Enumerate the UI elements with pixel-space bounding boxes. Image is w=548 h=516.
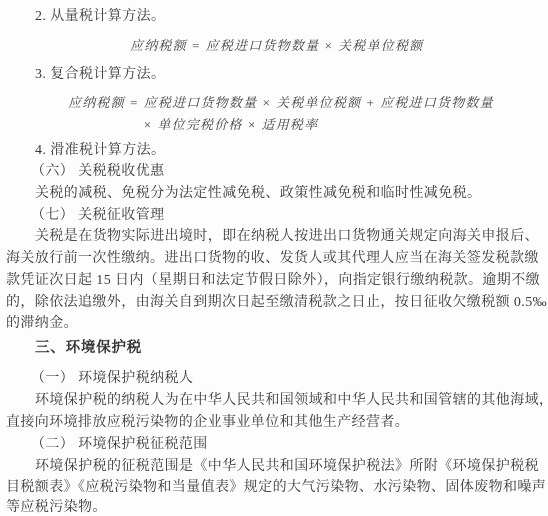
- paragraph-taxpayer-line-1: 环境保护税的纳税人为在中华人民共和国领域和中华人民共和国管辖的其他海域，: [35, 393, 548, 409]
- paragraph-collection-line-5: 的滞纳金。: [6, 316, 78, 332]
- document-page: 2. 从量税计算方法。 应纳税额 = 应税进口货物数量 × 关税单位税额 3. …: [0, 0, 548, 516]
- paragraph-scope-line-1: 环境保护税的征税范围是《中华人民共和国环境保护税法》所附《环境保护税税: [35, 459, 539, 475]
- subheading-administration: （七） 关税征收管理: [31, 208, 165, 224]
- paragraph-collection-line-4: 的，除依法追缴外，由海关自到期次日起至缴清税款之日止，按日征收欠缴税额 0.5‰: [6, 295, 547, 311]
- subheading-env-scope: （二） 环境保护税征税范围: [31, 437, 208, 453]
- list-item-sliding-duty: 4. 滑准税计算方法。: [35, 143, 165, 159]
- paragraph-collection-line-3: 款凭证次日起 15 日内（星期日和法定节假日除外），向指定银行缴纳税款。逾期不缴: [6, 273, 540, 289]
- paragraph-collection-line-2: 海关放行前一次性缴纳。进出口货物的收、发货人或其代理人应当在海关签发税款缴: [6, 251, 539, 267]
- paragraph-scope-line-3: 等应税污染物。: [6, 500, 107, 516]
- subheading-env-taxpayer: （一） 环境保护税纳税人: [31, 371, 193, 387]
- paragraph-tax-reduction: 关税的减税、免税分为法定性减免税、政策性减免税和临时性减免税。: [35, 186, 481, 202]
- formula-specific-duty: 应纳税额 = 应税进口货物数量 × 关税单位税额: [130, 39, 423, 54]
- formula-compound-duty-line-1: 应纳税额 = 应税进口货物数量 × 关税单位税额 + 应税进口货物数量: [68, 96, 494, 111]
- formula-compound-duty-line-2: × 单位完税价格 × 适用税率: [143, 118, 318, 133]
- section-heading-env-tax: 三、环境保护税: [35, 340, 142, 357]
- paragraph-collection-line-1: 关税是在货物实际进出境时，即在纳税人按进出口货物通关规定向海关申报后、: [35, 229, 539, 245]
- list-item-compound-duty: 3. 复合税计算方法。: [35, 67, 165, 83]
- paragraph-taxpayer-line-2: 直接向环境排放应税污染物的企业事业单位和其他生产经营者。: [6, 415, 409, 431]
- subheading-tax-preference: （六） 关税税收优惠: [31, 164, 165, 180]
- paragraph-scope-line-2: 目税额表》《应税污染物和当量值表》规定的大气污染物、水污染物、固体废物和噪声: [6, 480, 546, 496]
- list-item-specific-duty: 2. 从量税计算方法。: [35, 9, 165, 25]
